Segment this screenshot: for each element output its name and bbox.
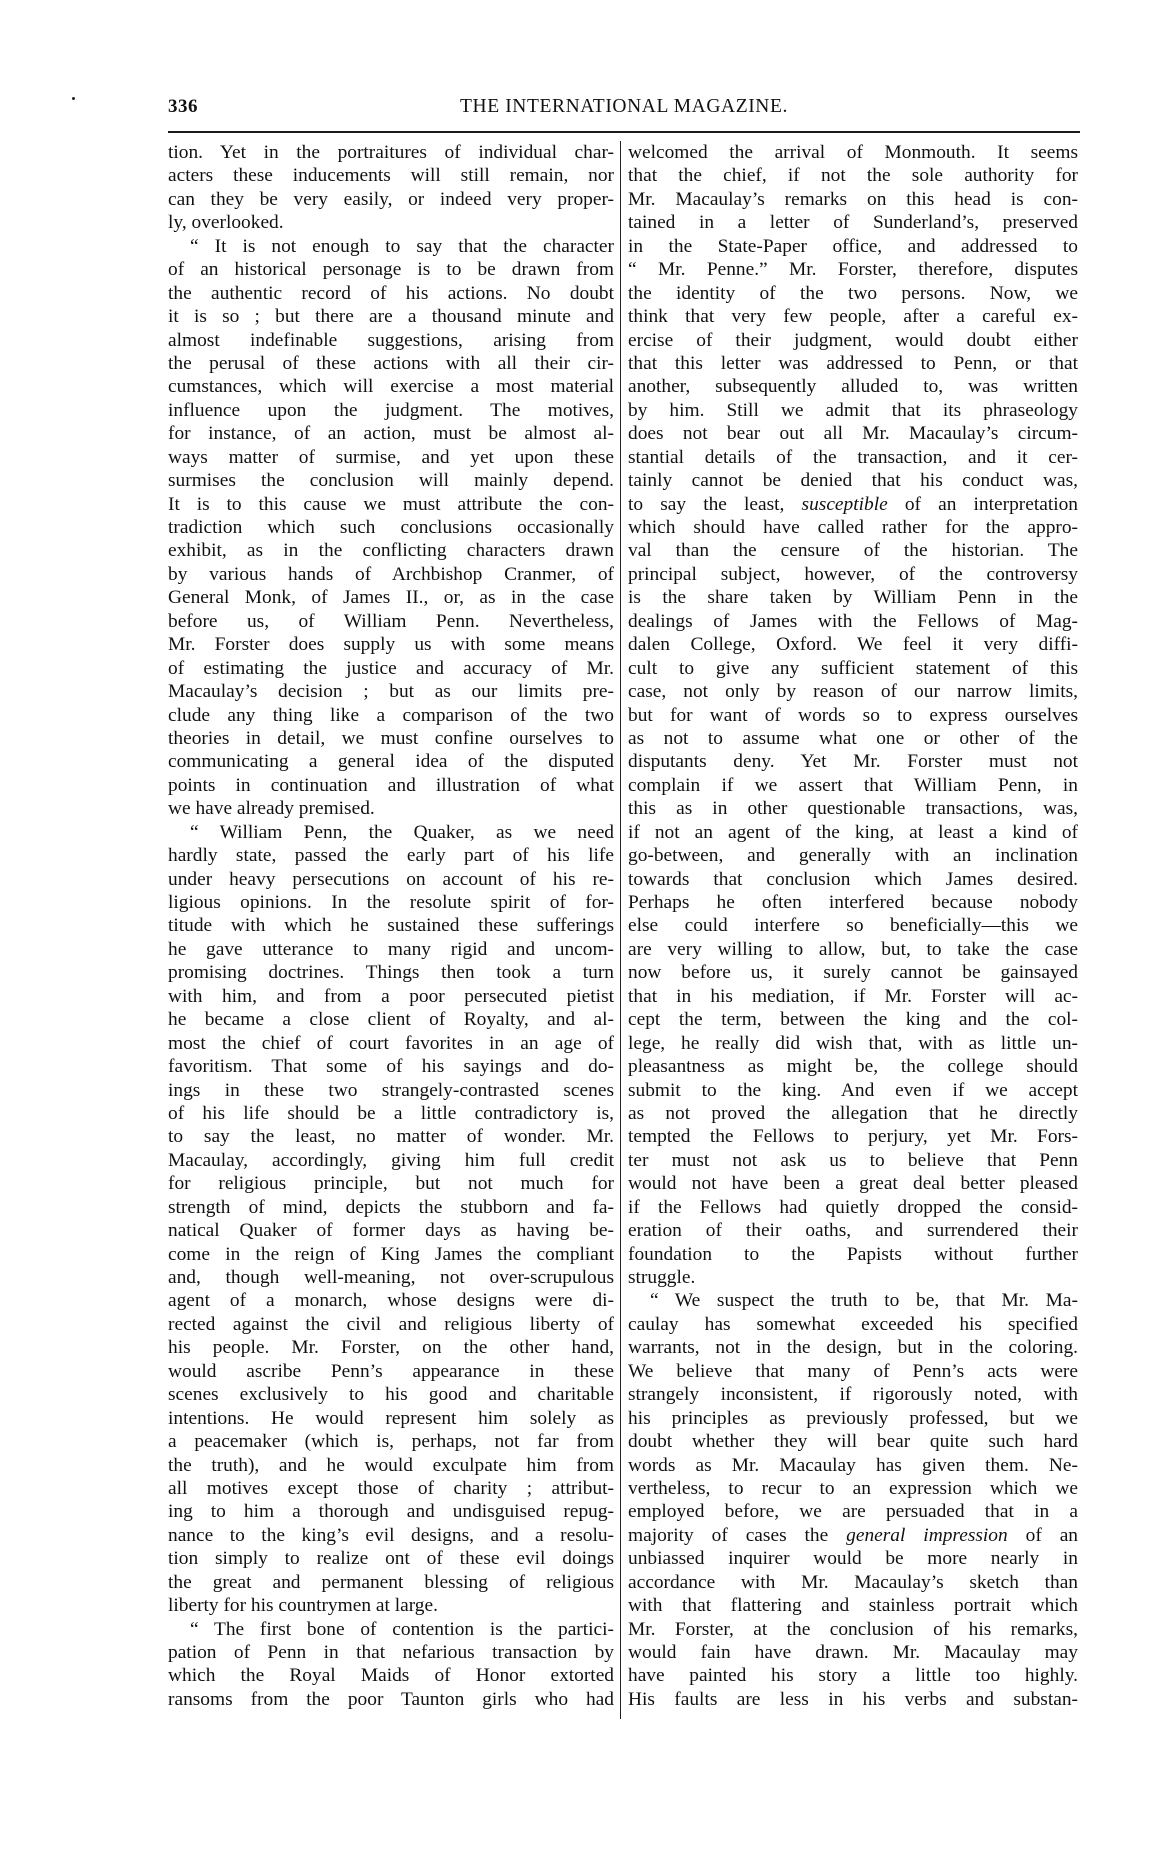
text-fragment: of an interpretation xyxy=(888,494,1078,515)
text-fragment: of an xyxy=(1008,1525,1078,1546)
text-line: he gave utterance to many rigid and unco… xyxy=(168,938,614,961)
text-line: the authentic record of his actions. No … xyxy=(168,282,614,305)
text-line: strangely inconsistent, if rigorously no… xyxy=(628,1383,1078,1406)
text-line: complain if we assert that William Penn,… xyxy=(628,774,1078,797)
text-line: vertheless, to recur to an expression wh… xyxy=(628,1477,1078,1500)
text-line: cult to give any sufficient statement of… xyxy=(628,657,1078,680)
text-line: theories in detail, we must confine ours… xyxy=(168,727,614,750)
text-line: ligious opinions. In the resolute spirit… xyxy=(168,891,614,914)
text-line: we have already premised. xyxy=(168,797,614,820)
text-line: most the chief of court favorites in an … xyxy=(168,1032,614,1055)
right-column: welcomed the arrival of Monmouth. It see… xyxy=(628,141,1078,1711)
text-line: accordance with Mr. Macaulay’s sketch th… xyxy=(628,1571,1078,1594)
text-line: scenes exclusively to his good and chari… xyxy=(168,1383,614,1406)
text-line: by various hands of Archbishop Cranmer, … xyxy=(168,563,614,586)
text-line: words as Mr. Macaulay has given them. Ne… xyxy=(628,1454,1078,1477)
italic-emphasis: general impression xyxy=(846,1525,1008,1546)
text-line: are very willing to allow, but, to take … xyxy=(628,938,1078,961)
scan-speck xyxy=(72,97,75,100)
text-line: a peacemaker (which is, perhaps, not far… xyxy=(168,1430,614,1453)
text-line: ercise of their judgment, would doubt ei… xyxy=(628,329,1078,352)
text-line: acters these inducements will still rema… xyxy=(168,164,614,187)
text-line: come in the reign of King James the comp… xyxy=(168,1243,614,1266)
text-line: Perhaps he often interfered because nobo… xyxy=(628,891,1078,914)
text-fragment: to say the least, xyxy=(628,494,802,515)
text-line: liberty for his countrymen at large. xyxy=(168,1594,614,1617)
text-line: His faults are less in his verbs and sub… xyxy=(628,1688,1078,1711)
text-line: with that flattering and stainless portr… xyxy=(628,1594,1078,1617)
text-line: before us, of William Penn. Nevertheless… xyxy=(168,610,614,633)
text-line: he became a close client of Royalty, and… xyxy=(168,1008,614,1031)
text-line: disputants deny. Yet Mr. Forster must no… xyxy=(628,750,1078,773)
text-line: lege, he really did wish that, with as l… xyxy=(628,1032,1078,1055)
text-line: the identity of the two persons. Now, we xyxy=(628,282,1078,305)
text-line: if the Fellows had quietly dropped the c… xyxy=(628,1196,1078,1219)
text-line: this as in other questionable transactio… xyxy=(628,797,1078,820)
text-line: that this letter was addressed to Penn, … xyxy=(628,352,1078,375)
text-line: cept the term, between the king and the … xyxy=(628,1008,1078,1031)
text-line: submit to the king. And even if we accep… xyxy=(628,1079,1078,1102)
text-line: Macaulay, accordingly, giving him full c… xyxy=(168,1149,614,1172)
text-line: stantial details of the transaction, and… xyxy=(628,446,1078,469)
text-line: which the Royal Maids of Honor extorted xyxy=(168,1664,614,1687)
text-line: surmises the conclusion will mainly depe… xyxy=(168,469,614,492)
text-line: his people. Mr. Forster, on the other ha… xyxy=(168,1336,614,1359)
text-line: agent of a monarch, whose designs were d… xyxy=(168,1289,614,1312)
text-line: tainly cannot be denied that his conduct… xyxy=(628,469,1078,492)
text-line: unbiassed inquirer would be more nearly … xyxy=(628,1547,1078,1570)
text-line: to say the least, no matter of wonder. M… xyxy=(168,1125,614,1148)
text-line: else could interfere so beneficially—thi… xyxy=(628,914,1078,937)
text-line: it is so ; but there are a thousand minu… xyxy=(168,305,614,328)
text-line: the truth), and he would exculpate him f… xyxy=(168,1454,614,1477)
text-line: tradiction which such conclusions occasi… xyxy=(168,516,614,539)
text-line: with him, and from a poor persecuted pie… xyxy=(168,985,614,1008)
text-line: ly, overlooked. xyxy=(168,211,614,234)
text-line: “ It is not enough to say that the chara… xyxy=(168,235,614,258)
text-line: dealings of James with the Fellows of Ma… xyxy=(628,610,1078,633)
text-line: pation of Penn in that nefarious transac… xyxy=(168,1641,614,1664)
text-line: We believe that many of Penn’s acts were xyxy=(628,1360,1078,1383)
text-line: his principles as previously professed, … xyxy=(628,1407,1078,1430)
text-line: that in his mediation, if Mr. Forster wi… xyxy=(628,985,1078,1008)
text-line: would ascribe Penn’s appearance in these xyxy=(168,1360,614,1383)
left-column: tion. Yet in the portraitures of individ… xyxy=(168,141,614,1711)
text-line: exhibit, as in the conflicting character… xyxy=(168,539,614,562)
text-line: ways matter of surmise, and yet upon the… xyxy=(168,446,614,469)
text-line: “ Mr. Penne.” Mr. Forster, therefore, di… xyxy=(628,258,1078,281)
text-line: of his life should be a little contradic… xyxy=(168,1102,614,1125)
text-line: communicating a general idea of the disp… xyxy=(168,750,614,773)
text-line: “ We suspect the truth to be, that Mr. M… xyxy=(628,1289,1078,1312)
text-line: which should have called rather for the … xyxy=(628,516,1078,539)
text-line: almost indefinable suggestions, arising … xyxy=(168,329,614,352)
text-line: would fain have drawn. Mr. Macaulay may xyxy=(628,1641,1078,1664)
text-line: cumstances, which will exercise a most m… xyxy=(168,375,614,398)
text-line: tion simply to realize ont of these evil… xyxy=(168,1547,614,1570)
text-line: and, though well-meaning, not over-scrup… xyxy=(168,1266,614,1289)
text-line: by him. Still we admit that its phraseol… xyxy=(628,399,1078,422)
text-line: hardly state, passed the early part of h… xyxy=(168,844,614,867)
text-line: warrants, not in the design, but in the … xyxy=(628,1336,1078,1359)
italic-emphasis: susceptible xyxy=(802,494,888,515)
text-line: ransoms from the poor Taunton girls who … xyxy=(168,1688,614,1711)
text-line: eration of their oaths, and surrendered … xyxy=(628,1219,1078,1242)
text-line: of an historical personage is to be draw… xyxy=(168,258,614,281)
text-line: ings in these two strangely-contrasted s… xyxy=(168,1079,614,1102)
text-line: ter must not ask us to believe that Penn xyxy=(628,1149,1078,1172)
text-line: employed before, we are persuaded that i… xyxy=(628,1500,1078,1523)
text-line: struggle. xyxy=(628,1266,1078,1289)
text-line: but for want of words so to express ours… xyxy=(628,704,1078,727)
text-line: foundation to the Papists without furthe… xyxy=(628,1243,1078,1266)
text-line: Mr. Macaulay’s remarks on this head is c… xyxy=(628,188,1078,211)
text-line: nance to the king’s evil designs, and a … xyxy=(168,1524,614,1547)
text-line: all motives except those of charity ; at… xyxy=(168,1477,614,1500)
text-line: favoritism. That some of his sayings and… xyxy=(168,1055,614,1078)
text-line: strength of mind, depicts the stubborn a… xyxy=(168,1196,614,1219)
text-line: intentions. He would represent him solel… xyxy=(168,1407,614,1430)
text-line: think that very few people, after a care… xyxy=(628,305,1078,328)
text-line: titude with which he sustained these suf… xyxy=(168,914,614,937)
text-line: rected against the civil and religious l… xyxy=(168,1313,614,1336)
text-line: principal subject, however, of the contr… xyxy=(628,563,1078,586)
text-fragment: majority of cases the xyxy=(628,1525,846,1546)
text-line: val than the censure of the historian. T… xyxy=(628,539,1078,562)
text-line: now before us, it surely cannot be gains… xyxy=(628,961,1078,984)
text-line: go-between, and generally with an inclin… xyxy=(628,844,1078,867)
text-line: clude any thing like a comparison of the… xyxy=(168,704,614,727)
column-divider xyxy=(620,141,621,1719)
text-line: points in continuation and illustration … xyxy=(168,774,614,797)
text-line: to say the least, susceptible of an inte… xyxy=(628,493,1078,516)
text-line: tained in a letter of Sunderland’s, pres… xyxy=(628,211,1078,234)
text-line: case, not only by reason of our narrow l… xyxy=(628,680,1078,703)
text-line: does not bear out all Mr. Macaulay’s cir… xyxy=(628,422,1078,445)
text-line: of estimating the justice and accuracy o… xyxy=(168,657,614,680)
text-line: is the share taken by William Penn in th… xyxy=(628,586,1078,609)
text-line: “ The first bone of contention is the pa… xyxy=(168,1618,614,1641)
text-line: would not have been a great deal better … xyxy=(628,1172,1078,1195)
text-line: the great and permanent blessing of reli… xyxy=(168,1571,614,1594)
text-line: Mr. Forster, at the conclusion of his re… xyxy=(628,1618,1078,1641)
text-line: promising doctrines. Things then took a … xyxy=(168,961,614,984)
text-line: that the chief, if not the sole authorit… xyxy=(628,164,1078,187)
text-line: for instance, of an action, must be almo… xyxy=(168,422,614,445)
text-line: “ William Penn, the Quaker, as we need xyxy=(168,821,614,844)
text-line: It is to this cause we must attribute th… xyxy=(168,493,614,516)
text-line: caulay has somewhat exceeded his specifi… xyxy=(628,1313,1078,1336)
text-line: Macaulay’s decision ; but as our limits … xyxy=(168,680,614,703)
text-line: another, subsequently alluded to, was wr… xyxy=(628,375,1078,398)
text-line: majority of cases the general impression… xyxy=(628,1524,1078,1547)
text-line: in the State-Paper office, and addressed… xyxy=(628,235,1078,258)
text-line: welcomed the arrival of Monmouth. It see… xyxy=(628,141,1078,164)
text-line: ing to him a thorough and undisguised re… xyxy=(168,1500,614,1523)
text-line: General Monk, of James II., or, as in th… xyxy=(168,586,614,609)
text-line: tempted the Fellows to perjury, yet Mr. … xyxy=(628,1125,1078,1148)
running-title: THE INTERNATIONAL MAGAZINE. xyxy=(168,96,1080,118)
text-line: towards that conclusion which James desi… xyxy=(628,868,1078,891)
text-line: Mr. Forster does supply us with some mea… xyxy=(168,633,614,656)
text-line: tion. Yet in the portraitures of individ… xyxy=(168,141,614,164)
text-line: for religious principle, but not much fo… xyxy=(168,1172,614,1195)
text-line: as not proved the allegation that he dir… xyxy=(628,1102,1078,1125)
text-line: doubt whether they will bear quite such … xyxy=(628,1430,1078,1453)
text-line: dalen College, Oxford. We feel it very d… xyxy=(628,633,1078,656)
page-header: 336 THE INTERNATIONAL MAGAZINE. xyxy=(168,96,1080,122)
text-line: as not to assume what one or other of th… xyxy=(628,727,1078,750)
text-line: can they be very easily, or indeed very … xyxy=(168,188,614,211)
text-line: under heavy persecutions on account of h… xyxy=(168,868,614,891)
text-line: have painted his story a little too high… xyxy=(628,1664,1078,1687)
header-rule xyxy=(168,131,1080,133)
text-line: the perusal of these actions with all th… xyxy=(168,352,614,375)
text-line: pleasantness as might be, the college sh… xyxy=(628,1055,1078,1078)
text-line: natical Quaker of former days as having … xyxy=(168,1219,614,1242)
text-line: influence upon the judgment. The motives… xyxy=(168,399,614,422)
text-line: if not an agent of the king, at least a … xyxy=(628,821,1078,844)
